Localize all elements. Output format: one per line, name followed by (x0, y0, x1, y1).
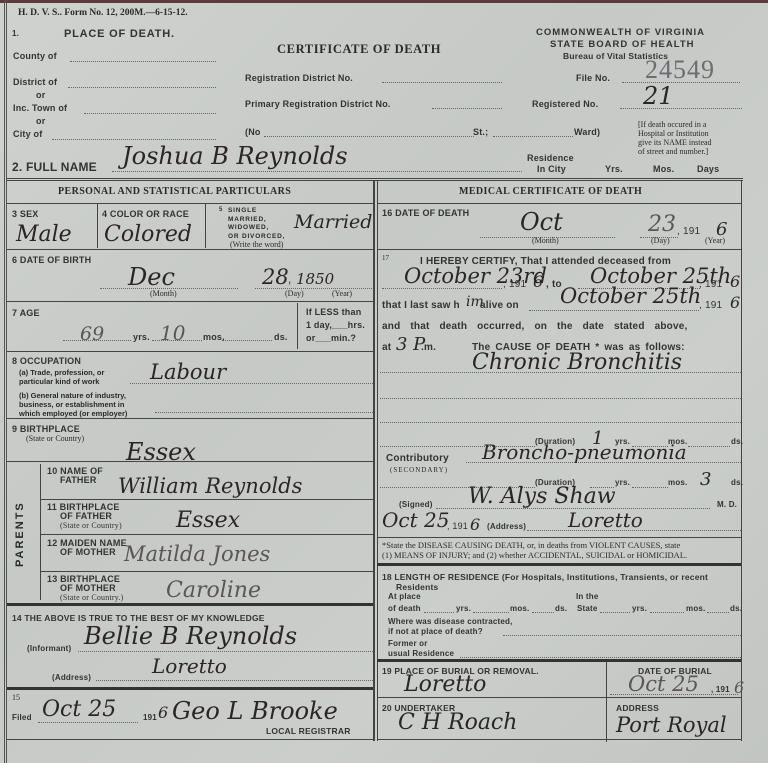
secondary-label: (SECONDARY) (390, 466, 448, 474)
medical-heading: MEDICAL CERTIFICATE OF DEATH (459, 186, 642, 197)
county-label: County of (13, 51, 57, 61)
reg-district-label: Registration District No. (245, 73, 353, 83)
age-label: 7 AGE (12, 308, 40, 318)
divider (7, 687, 373, 690)
registered-number: 21 (643, 82, 674, 110)
certify-num: 17 (382, 254, 389, 262)
authority-line1: COMMONWEALTH OF VIRGINIA (536, 27, 705, 38)
reg-district-field[interactable] (382, 82, 502, 83)
less-than-label: If LESS than 1 day,___hrs. or___min.? (306, 306, 365, 345)
column-divider (377, 181, 378, 741)
county-field[interactable] (70, 61, 216, 62)
or-label: or (36, 116, 45, 126)
ds-label: ds. (555, 604, 567, 613)
divider (40, 571, 373, 572)
informant-address-line (96, 680, 373, 681)
father-bp-line: (State or Country) (47, 521, 122, 530)
age-days-line (222, 340, 272, 341)
filed-date-line (38, 722, 138, 723)
full-name-value[interactable]: Joshua B Reynolds (122, 142, 348, 170)
father-label: 10 NAME OF FATHER (47, 467, 103, 485)
father-birthplace-value[interactable]: Essex (176, 508, 240, 533)
hospital-note-line: give its NAME instead (638, 138, 712, 147)
cause-line (380, 398, 741, 399)
mother-label-line: OF MOTHER (47, 548, 127, 557)
mother-birthplace-label: 13 BIRTHPLACE OF MOTHER (State or Countr… (47, 575, 124, 602)
less-than-line: or___min.? (306, 332, 365, 345)
burial-year-suffix[interactable]: 6 (734, 678, 744, 697)
former-line: Former or (388, 639, 454, 649)
filed-date[interactable]: Oct 25 (42, 697, 116, 722)
ward-field[interactable] (493, 136, 573, 137)
dob-label: 6 DATE OF BIRTH (12, 255, 91, 265)
left-border (4, 0, 7, 763)
district-label: District of (13, 77, 57, 87)
signed-year-prefix: , 191 (447, 521, 468, 531)
industry-line[interactable] (155, 412, 373, 413)
dod-day[interactable]: 23 (648, 212, 676, 237)
state-ds-line[interactable] (707, 612, 729, 613)
town-label: Inc. Town of (13, 103, 67, 113)
occurred-text: and that death occurred, on the date sta… (382, 321, 688, 332)
signed-address[interactable]: Loretto (568, 508, 643, 532)
filed-label: Filed (12, 713, 32, 722)
footnote-line: (1) MEANS OF INJURY; and (2) whether ACC… (382, 550, 687, 560)
attended-to-year[interactable]: 6 (730, 272, 740, 291)
res-days-label: Days (697, 164, 719, 174)
father-value[interactable]: William Reynolds (118, 474, 302, 498)
town-field[interactable] (84, 113, 216, 114)
divider (377, 203, 741, 204)
state-yrs-line[interactable] (600, 612, 630, 613)
occupation-value[interactable]: Labour (150, 360, 226, 384)
street-no-field[interactable] (264, 136, 474, 137)
state-mos-line[interactable] (650, 612, 684, 613)
divider (377, 697, 741, 698)
sex-label: 3 SEX (12, 209, 39, 219)
marital-option: SINGLE (228, 207, 285, 216)
right-border (741, 181, 742, 741)
ds-label: ds. (731, 437, 743, 446)
column-divider (373, 181, 375, 741)
last-saw-line (529, 310, 699, 311)
yrs-label: yrs. (615, 478, 630, 487)
divider (7, 739, 373, 740)
dod-year-prefix: , 191 (677, 226, 700, 237)
place-of-death-heading: PLACE OF DEATH. (64, 28, 175, 40)
physician-signature[interactable]: W. Alys Shaw (468, 484, 616, 509)
filed-year-suffix[interactable]: 6 (158, 703, 168, 722)
informant-value[interactable]: Bellie B Reynolds (84, 622, 297, 650)
yrs-label: yrs. (456, 604, 471, 613)
hospital-note-line: Hospital or Institution (638, 129, 712, 138)
divider (7, 301, 373, 302)
month-caption: (Month) (532, 236, 559, 245)
res-yrs-label: Yrs. (605, 164, 623, 174)
month-caption: (Month) (150, 289, 177, 298)
mother-value[interactable]: Matilda Jones (124, 542, 270, 566)
contracted-label: Where was disease contracted, if not at … (388, 617, 513, 637)
contracted-line: if not at place of death? (388, 627, 513, 637)
less-than-line: 1 day,___hrs. (306, 319, 365, 332)
divider (377, 659, 741, 662)
marital-option: MARRIED, (228, 216, 285, 225)
res-mos-label: Mos. (653, 164, 674, 174)
yrs-label: yrs. (133, 332, 150, 342)
dob-year[interactable]: 1850 (296, 270, 334, 288)
mother-birthplace-value[interactable]: Caroline (166, 578, 261, 603)
informant-label: (Informant) (27, 644, 71, 653)
state-label: State (577, 604, 598, 613)
birthplace-label: 9 BIRTHPLACE (12, 424, 80, 434)
alive-on-label: alive on (480, 300, 519, 311)
mos-label: mos. (510, 604, 529, 613)
divider (7, 603, 373, 606)
attended-from-line (382, 288, 502, 289)
divider (205, 203, 206, 248)
divider (7, 418, 373, 419)
informant-address[interactable]: Loretto (152, 654, 227, 678)
file-no-label: File No. (576, 73, 610, 83)
residence-heading2: Residents (396, 582, 438, 592)
or-label: or (36, 90, 45, 100)
full-name-label: 2. FULL NAME (12, 160, 97, 174)
footnote: *State the DISEASE CAUSING DEATH, or, in… (382, 540, 687, 560)
comma: , (288, 272, 291, 286)
at-label: at (382, 342, 391, 353)
residence-label: Residence (527, 153, 574, 163)
marital-option: WIDOWED, (228, 224, 285, 233)
father-birthplace-label: 11 BIRTHPLACE OF FATHER (State or Countr… (47, 503, 122, 530)
contracted-field[interactable] (503, 635, 741, 636)
primary-reg-label: Primary Registration District No. (245, 99, 391, 109)
m-label: .m. (421, 342, 436, 353)
dob-day[interactable]: 28 (262, 265, 289, 289)
contributory-value[interactable]: Broncho-pneumonia (482, 440, 687, 464)
divider (7, 461, 373, 462)
ds-label: ds. (730, 604, 742, 613)
dod-month[interactable]: Oct (520, 208, 563, 236)
address-label: (Address) (487, 522, 526, 531)
divider (377, 537, 741, 538)
mother-bp-line: (State or Country.) (47, 593, 124, 602)
md-label: M. D. (717, 500, 737, 509)
last-saw-label: that I last saw h (382, 300, 460, 311)
at-place-label: At place (388, 592, 421, 601)
divider (40, 534, 373, 535)
cause-value[interactable]: Chronic Bronchitis (472, 350, 682, 375)
dob-month[interactable]: Dec (128, 263, 175, 291)
registered-no-line (620, 108, 742, 109)
burial-date[interactable]: Oct 25 (628, 672, 699, 696)
former-line: usual Residence (388, 649, 454, 659)
divider (7, 178, 743, 181)
less-than-line: If LESS than (306, 306, 365, 319)
registered-no-label: Registered No. (532, 99, 598, 109)
undertaker-address[interactable]: Port Royal (616, 713, 727, 737)
certificate-title: CERTIFICATE OF DEATH (277, 42, 441, 57)
former-residence-field[interactable] (460, 657, 741, 658)
divider (297, 303, 298, 349)
year-prefix: , 191 (699, 279, 722, 290)
ward-label: Ward) (574, 127, 600, 137)
place-of-death-num: 1. (12, 29, 19, 38)
yrs-label: yrs. (632, 604, 647, 613)
filed-year-prefix: 191 (143, 713, 157, 722)
undertaker-value[interactable]: C H Roach (398, 710, 517, 735)
occ-a-line: particular kind of work (19, 377, 104, 386)
age-years[interactable]: 69 (80, 323, 104, 345)
city-label: City of (13, 129, 42, 139)
mother-label: 12 MAIDEN NAME OF MOTHER (47, 539, 127, 557)
residence-heading: 18 LENGTH OF RESIDENCE (For Hospitals, I… (382, 572, 708, 582)
divider (377, 563, 741, 566)
day-caption: (Day) (285, 289, 304, 298)
top-edge (0, 0, 768, 3)
year-caption: (Year) (705, 236, 725, 245)
occupation-a-label: (a) Trade, profession, or particular kin… (19, 368, 104, 386)
filed-num: 15 (12, 693, 20, 702)
occ-b-line: which employed (or employer) (19, 409, 127, 418)
signed-year-suffix[interactable]: 6 (470, 515, 480, 534)
divider (377, 249, 741, 250)
primary-reg-field[interactable] (432, 108, 502, 109)
marital-value[interactable]: Married (294, 211, 372, 233)
st-label: St.; (473, 127, 488, 137)
death-certificate: H. D. V. S.. Form No. 12, 200M.—6-15-12.… (0, 0, 768, 763)
in-the-label: In the (576, 592, 599, 601)
undertaker-address-label: ADDRESS (616, 703, 659, 713)
contributory-label: Contributory (386, 453, 449, 464)
ds-label: ds. (274, 332, 288, 342)
marital-hint: (Write the word) (230, 240, 283, 249)
res-yrs-line[interactable] (424, 612, 454, 613)
marital-num: 5 (219, 207, 223, 213)
divider (7, 351, 373, 352)
authority-line2: STATE BOARD OF HEALTH (550, 39, 695, 50)
full-name-line (112, 171, 522, 172)
in-city-label: In City (537, 164, 566, 174)
hospital-note-line: of street and number.] (638, 147, 712, 156)
race-value[interactable]: Colored (104, 222, 192, 247)
occupation-label: 8 OCCUPATION (12, 356, 81, 366)
file-number: 24549 (645, 55, 715, 85)
footnote-line: *State the DISEASE CAUSING DEATH, or, in… (382, 540, 687, 550)
occ-a-line: (a) Trade, profession, or (19, 368, 104, 377)
occ-b-line: business, or establishment in (19, 400, 127, 409)
race-label: 4 COLOR OR RACE (102, 209, 189, 219)
of-death-label: of death (388, 604, 421, 613)
burial-year-prefix: , 191 (711, 685, 730, 694)
mos-label: mos. (668, 478, 687, 487)
divider (377, 739, 741, 740)
divider (7, 203, 373, 204)
personal-heading: PERSONAL AND STATISTICAL PARTICULARS (58, 186, 291, 197)
burial-place[interactable]: Loretto (404, 672, 486, 697)
form-number: H. D. V. S.. Form No. 12, 200M.—6-15-12. (18, 8, 188, 18)
informant-line (78, 651, 373, 652)
address-label: (Address) (52, 673, 91, 682)
father-label-line: FATHER (47, 476, 103, 485)
parents-label: PARENTS (14, 501, 26, 567)
res-mos-line[interactable] (473, 612, 509, 613)
day-caption: (Day) (651, 236, 670, 245)
age-months[interactable]: 10 (160, 321, 185, 345)
marital-options: SINGLE MARRIED, WIDOWED, OR DIVORCED, (228, 207, 285, 241)
birthplace-sub: (State or Country) (26, 434, 84, 443)
contrib-mos-line (632, 487, 668, 488)
father-bp-line: OF FATHER (47, 512, 122, 521)
no-label: (No (245, 127, 261, 137)
hospital-note: [If death occured in a Hospital or Insti… (638, 120, 712, 156)
last-saw-date[interactable]: October 25th (560, 284, 701, 308)
hospital-note-line: [If death occured in a (638, 120, 712, 129)
occupation-b-label: (b) General nature of industry, business… (19, 391, 127, 418)
district-field[interactable] (68, 87, 216, 88)
divider (40, 499, 373, 500)
registrar-label: LOCAL REGISTRAR (266, 726, 351, 736)
parents-divider (40, 464, 41, 600)
city-field[interactable] (52, 139, 216, 140)
divider (97, 203, 98, 248)
res-ds-line[interactable] (532, 612, 554, 613)
signed-date[interactable]: Oct 25 (382, 508, 449, 532)
sex-value[interactable]: Male (16, 222, 72, 247)
cause-line (380, 422, 741, 423)
mother-bp-line: OF MOTHER (47, 584, 124, 593)
occ-b-line: (b) General nature of industry, (19, 391, 127, 400)
attended-from-year[interactable]: 6 (533, 272, 543, 291)
year-prefix: , 191 (503, 279, 526, 290)
former-residence-label: Former or usual Residence (388, 639, 454, 659)
divider (606, 662, 607, 742)
mos-label: mos. (686, 604, 705, 613)
divider (7, 249, 373, 250)
contrib-duration-mos[interactable]: 3 (700, 469, 711, 490)
contracted-line: Where was disease contracted, (388, 617, 513, 627)
duration-ds-line (688, 446, 730, 447)
year-prefix: , 191 (699, 300, 722, 311)
registrar-signature[interactable]: Geo L Brooke (172, 697, 338, 725)
last-saw-year[interactable]: 6 (730, 293, 740, 312)
year-caption: (Year) (332, 289, 352, 298)
dod-label: 16 DATE OF DEATH (382, 208, 469, 218)
ds-label: ds. (731, 478, 743, 487)
